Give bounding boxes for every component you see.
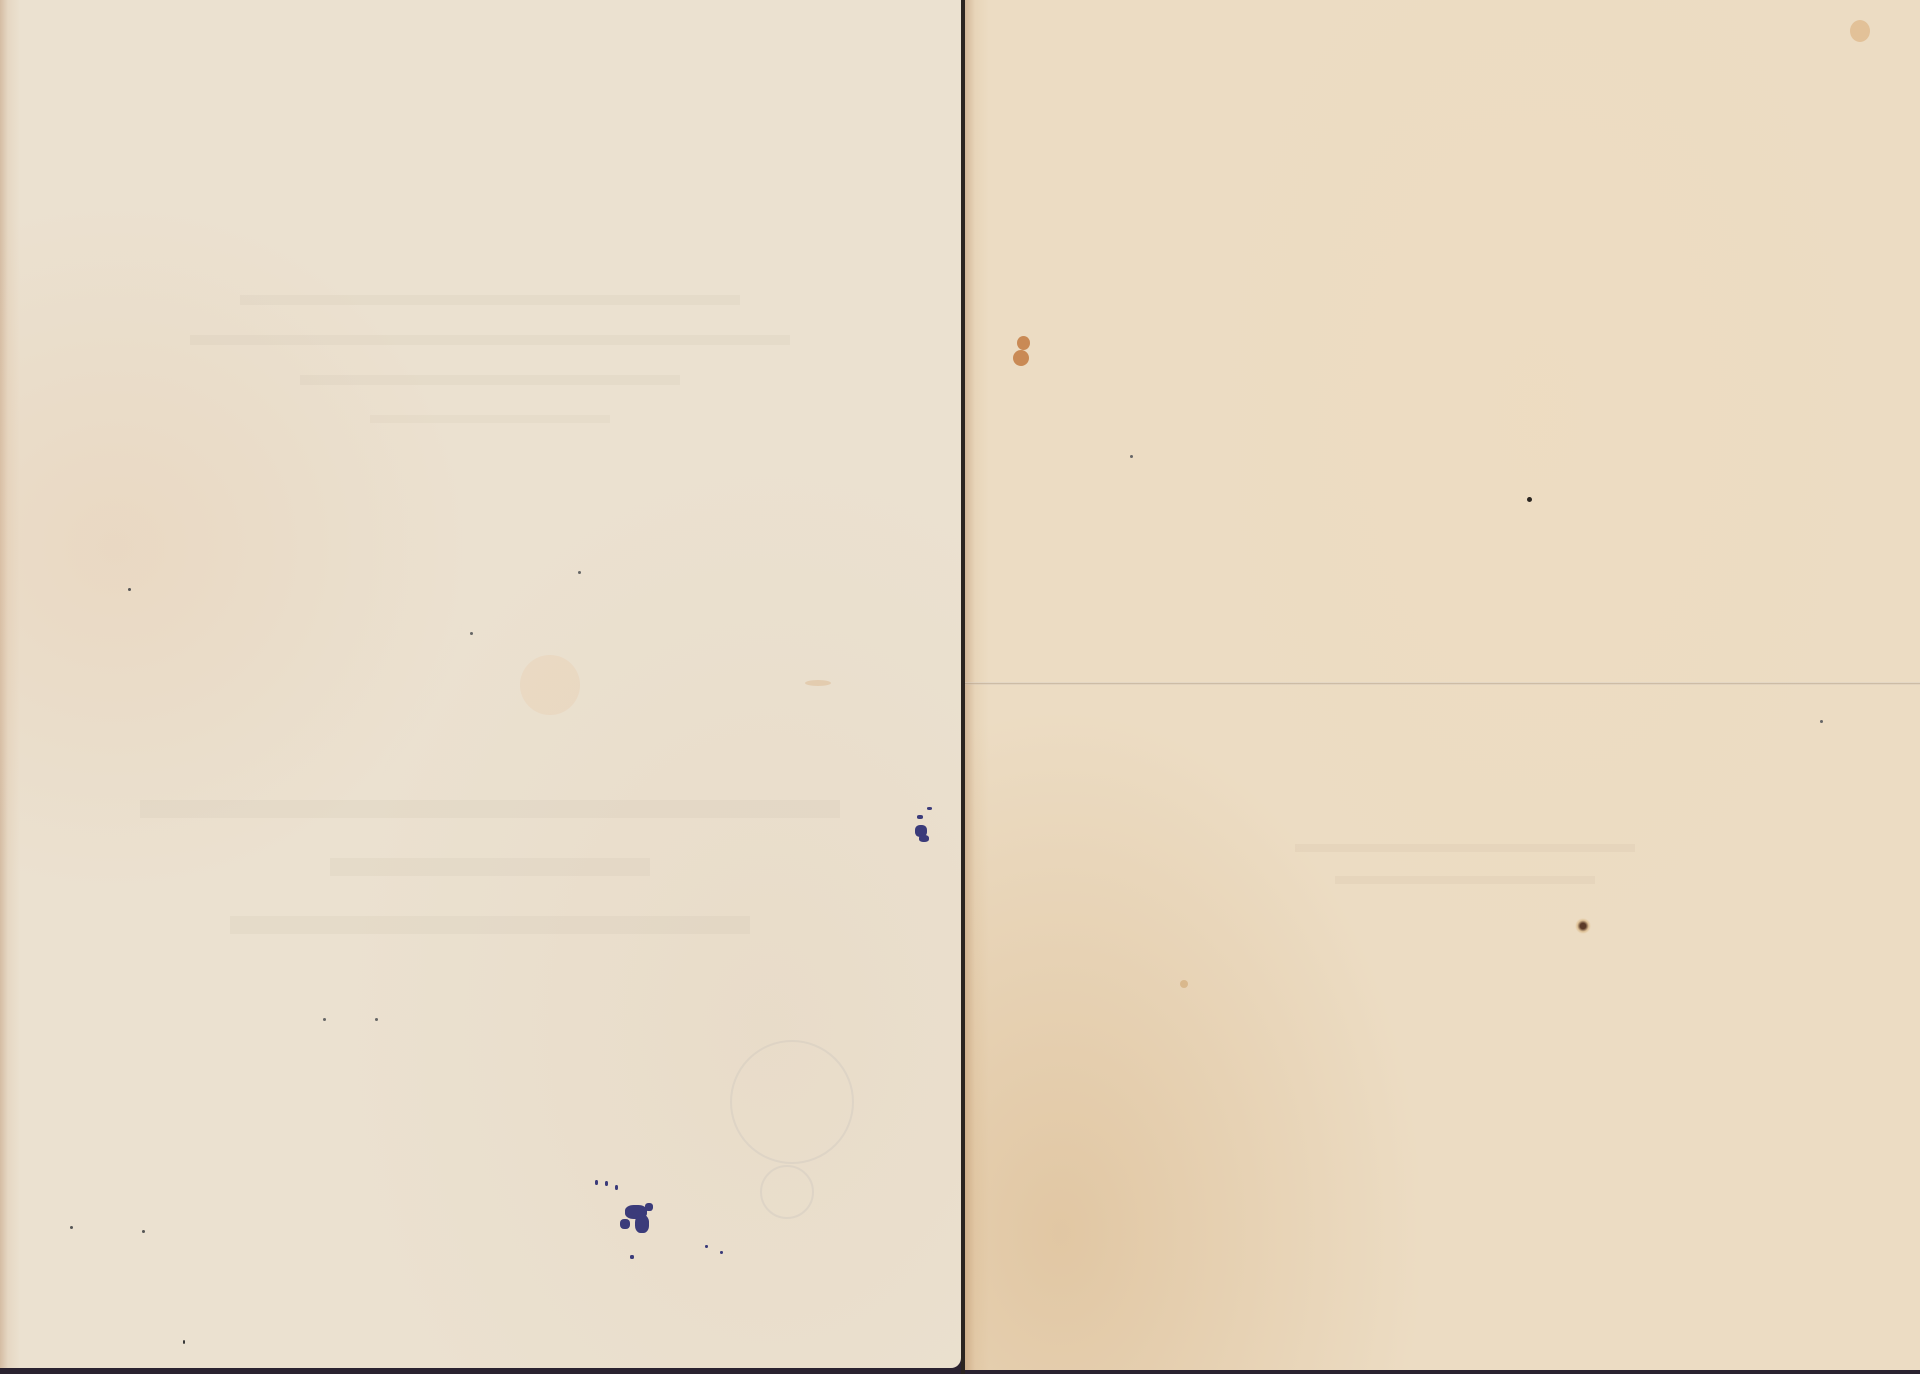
foxing-spot bbox=[1850, 20, 1870, 42]
dust-speck bbox=[1130, 455, 1133, 458]
foxing-spot bbox=[805, 680, 831, 686]
dust-speck bbox=[142, 1230, 145, 1233]
bleed-through-heading-block bbox=[140, 760, 840, 940]
bleed-through-text-block bbox=[1295, 820, 1635, 888]
foxing-spot bbox=[1180, 980, 1188, 988]
dust-speck bbox=[183, 1340, 185, 1344]
dust-speck bbox=[323, 1018, 326, 1021]
foxing-spot bbox=[1575, 918, 1591, 934]
dust-speck bbox=[1820, 720, 1823, 723]
bleed-through-text-block bbox=[180, 265, 800, 429]
stamp-ghost-circle bbox=[730, 1040, 854, 1164]
dust-speck bbox=[578, 571, 581, 574]
brown-stain bbox=[1017, 336, 1030, 350]
fold-crease bbox=[965, 682, 1920, 685]
brown-stain bbox=[1013, 350, 1029, 366]
dust-speck bbox=[470, 632, 473, 635]
right-paper-sheet bbox=[965, 0, 1920, 1370]
stamp-ghost-small-circle bbox=[760, 1165, 814, 1219]
left-paper-sheet bbox=[0, 0, 961, 1368]
dust-speck bbox=[128, 588, 131, 591]
foxing-spot bbox=[520, 655, 580, 715]
dark-speck bbox=[1527, 497, 1532, 502]
dust-speck bbox=[375, 1018, 378, 1021]
dust-speck bbox=[70, 1226, 73, 1229]
